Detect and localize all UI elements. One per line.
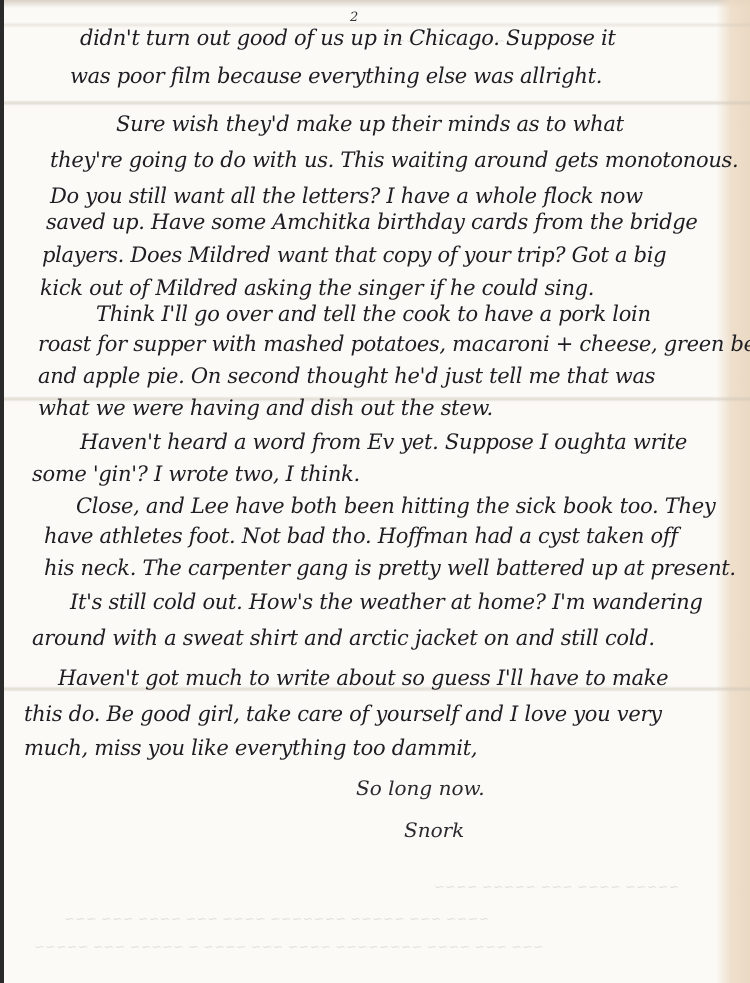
letter-line: was poor film because everything else wa… [70, 64, 602, 88]
letter-page: ~~~ ~~ ~ ~~~~ ~~~~~ ~~~~ ~~~ ~~~~~ ~~~~ … [4, 0, 750, 983]
page-number: 2 [350, 10, 358, 25]
letter-line: roast for supper with mashed potatoes, m… [38, 332, 750, 356]
bleed-through: ~~~ ~~~ ~~~~ ~~~~~~~~ ~~~~ ~~~ ~~~~ ~ ~~… [34, 940, 544, 955]
letter-line: Haven't got much to write about so guess… [58, 666, 668, 690]
letter-line: Close, and Lee have both been hitting th… [76, 494, 715, 518]
bleed-through: ~~~~ ~~~ ~~~~~ ~~~~~~~ ~~~~ ~~~ ~~~~ ~~~… [64, 912, 489, 927]
letter-closing: So long now. [356, 776, 485, 800]
letter-line: this do. Be good girl, take care of your… [24, 702, 662, 726]
letter-line: and apple pie. On second thought he'd ju… [38, 364, 655, 388]
letter-line: players. Does Mildred want that copy of … [42, 243, 666, 267]
letter-line: they're going to do with us. This waitin… [50, 148, 738, 172]
letter-line: some 'gin'? I wrote two, I think. [32, 462, 360, 486]
paper-edge-stain [4, 0, 750, 8]
letter-line: much, miss you like everything too dammi… [24, 736, 477, 760]
letter-line: Do you still want all the letters? I hav… [50, 184, 643, 208]
letter-signature: Snork [404, 818, 464, 842]
letter-line: around with a sweat shirt and arctic jac… [32, 626, 655, 650]
letter-line: didn't turn out good of us up in Chicago… [80, 26, 616, 50]
letter-line: saved up. Have some Amchitka birthday ca… [46, 210, 698, 234]
bleed-through: ~~~~~ ~~~~ ~~~ ~~~~~ ~~~~ [434, 880, 679, 895]
letter-line: kick out of Mildred asking the singer if… [40, 276, 594, 300]
letter-line: his neck. The carpenter gang is pretty w… [44, 556, 736, 580]
letter-line: Think I'll go over and tell the cook to … [96, 302, 651, 326]
letter-line: what we were having and dish out the ste… [38, 396, 493, 420]
letter-line: It's still cold out. How's the weather a… [70, 590, 703, 614]
letter-line: Sure wish they'd make up their minds as … [116, 112, 624, 136]
fold-crease [4, 100, 750, 106]
letter-line: Haven't heard a word from Ev yet. Suppos… [80, 430, 687, 454]
letter-line: have athletes foot. Not bad tho. Hoffman… [44, 524, 678, 548]
